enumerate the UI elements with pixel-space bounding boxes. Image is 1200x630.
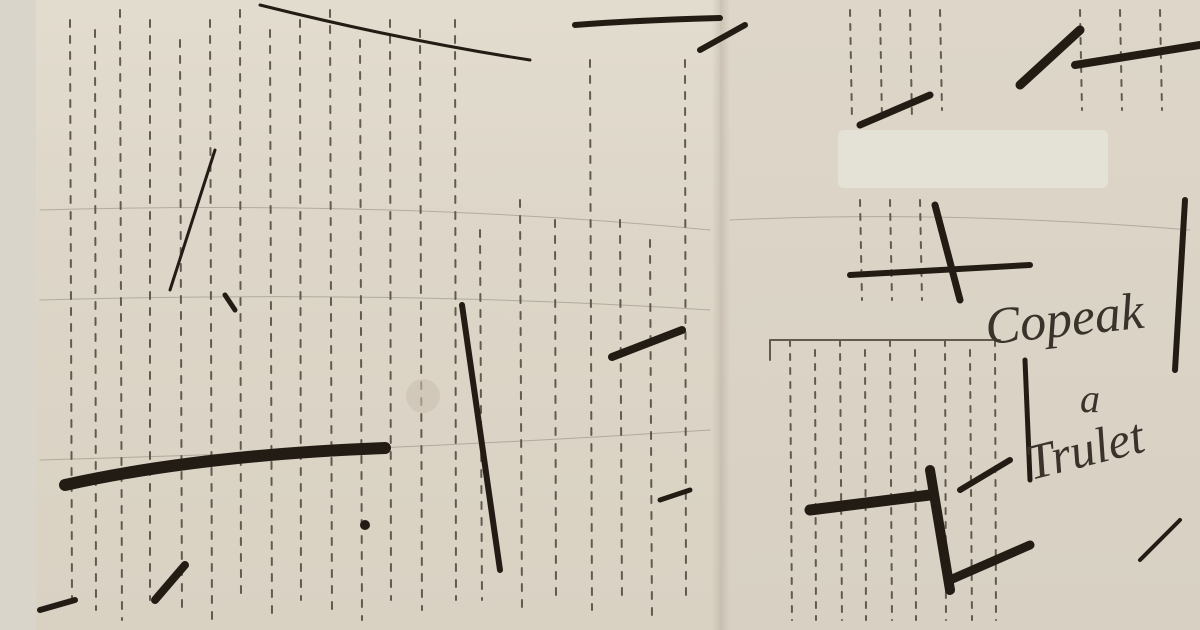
manuscript-photo: Copeak a Trulet [0, 0, 1200, 630]
